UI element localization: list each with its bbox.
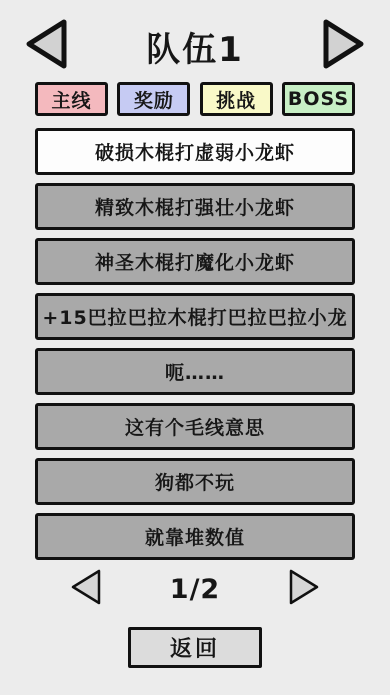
stage-button-6-label: 这有个毛线意思 [125,413,265,440]
pagination: 1/2 [35,568,355,610]
stage-button-5[interactable]: 呃…… [35,348,355,395]
team-screen: 队伍1 主线 奖励 挑战 BOSS 破损木棍打虚弱小龙虾 精致木棍打强壮 [0,0,390,695]
category-tabs: 主线 奖励 挑战 BOSS [35,82,355,116]
prev-page-button[interactable] [69,568,103,610]
back-button-label: 返回 [170,632,220,663]
stage-button-1[interactable]: 破损木棍打虚弱小龙虾 [35,128,355,175]
stage-button-4[interactable]: +15巴拉巴拉木棍打巴拉巴拉小龙 [35,293,355,340]
prev-team-button[interactable] [22,17,70,75]
back-button[interactable]: 返回 [128,627,262,668]
next-team-button[interactable] [320,17,368,75]
stage-button-5-label: 呃…… [165,358,225,385]
stage-button-4-label: +15巴拉巴拉木棍打巴拉巴拉小龙 [42,303,347,330]
stage-button-2-label: 精致木棍打强壮小龙虾 [95,193,295,220]
tab-mainline-label: 主线 [51,86,91,113]
stage-button-3[interactable]: 神圣木棍打魔化小龙虾 [35,238,355,285]
tab-challenge-label: 挑战 [216,86,256,113]
tab-reward[interactable]: 奖励 [117,82,190,116]
tab-boss[interactable]: BOSS [282,82,355,116]
header: 队伍1 [0,0,390,78]
page-indicator: 1/2 [170,574,220,605]
stage-button-7[interactable]: 狗都不玩 [35,458,355,505]
tab-reward-label: 奖励 [134,86,174,113]
stage-button-7-label: 狗都不玩 [155,468,235,495]
page-title: 队伍1 [70,22,320,71]
stage-list: 破损木棍打虚弱小龙虾 精致木棍打强壮小龙虾 神圣木棍打魔化小龙虾 +15巴拉巴拉… [35,128,355,560]
triangle-right-icon [287,568,321,610]
triangle-right-icon [320,17,368,75]
triangle-left-icon [22,17,70,75]
stage-button-6[interactable]: 这有个毛线意思 [35,403,355,450]
back-button-row: 返回 [0,627,390,668]
tab-boss-label: BOSS [288,88,349,110]
tab-challenge[interactable]: 挑战 [200,82,273,116]
triangle-left-icon [69,568,103,610]
next-page-button[interactable] [287,568,321,610]
tab-mainline[interactable]: 主线 [35,82,108,116]
stage-button-2[interactable]: 精致木棍打强壮小龙虾 [35,183,355,230]
stage-button-8[interactable]: 就靠堆数值 [35,513,355,560]
stage-button-8-label: 就靠堆数值 [145,523,245,550]
stage-button-3-label: 神圣木棍打魔化小龙虾 [95,248,295,275]
stage-button-1-label: 破损木棍打虚弱小龙虾 [95,138,295,165]
